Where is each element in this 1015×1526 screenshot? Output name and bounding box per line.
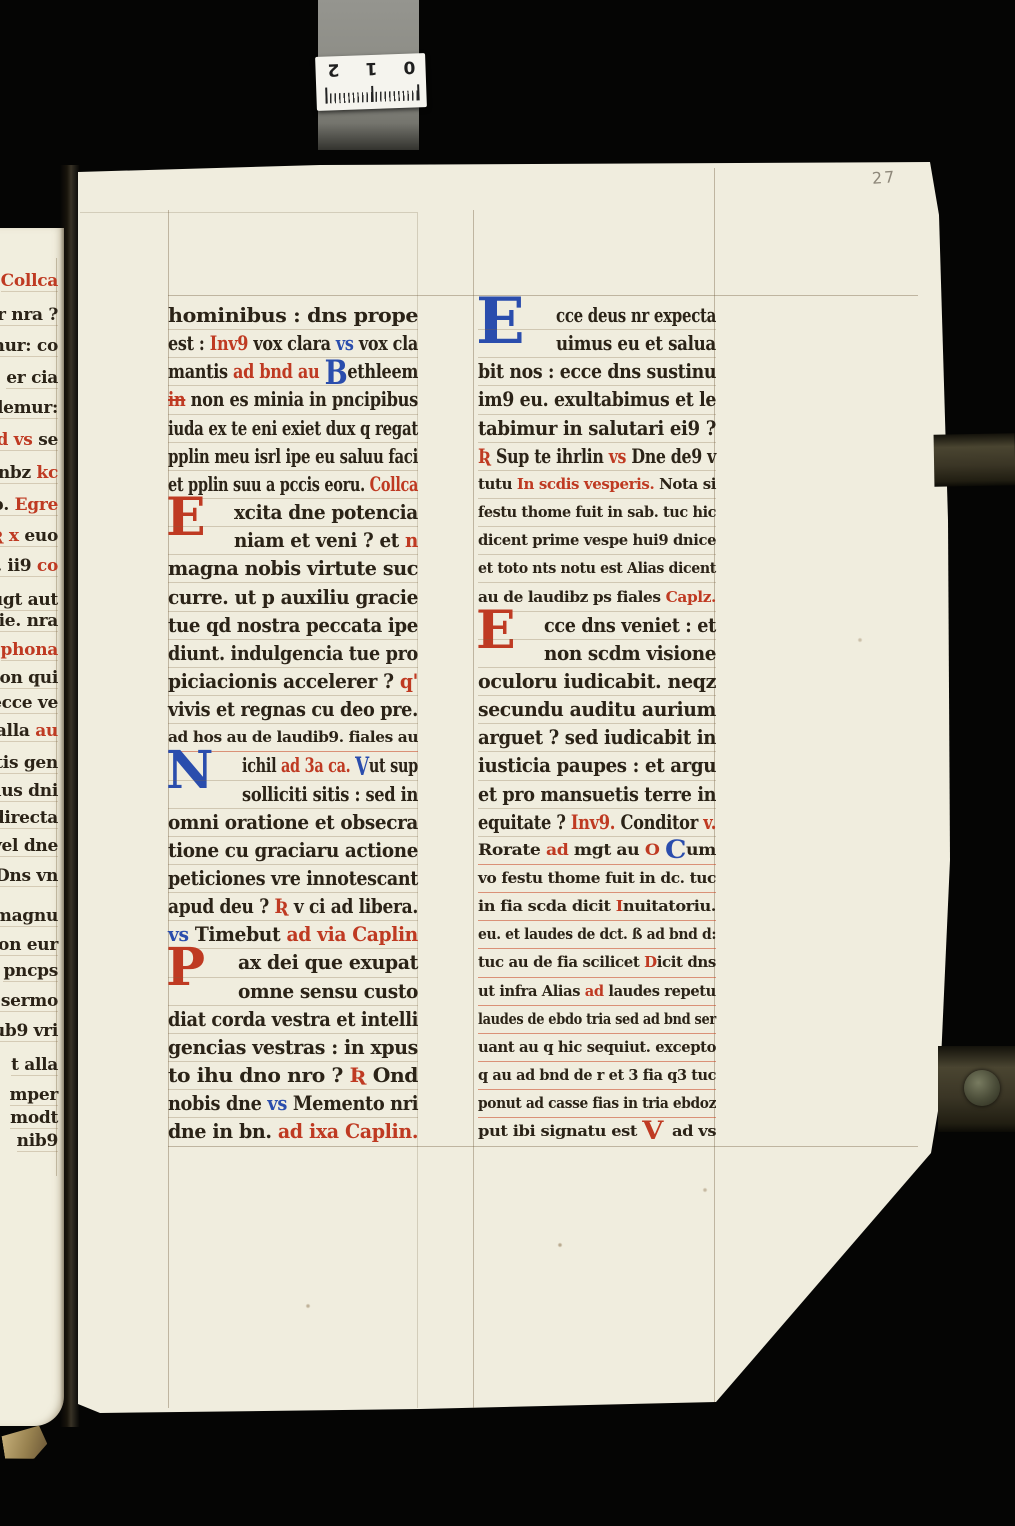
previous-page-line-fragment: lemur:	[0, 398, 58, 419]
manuscript-line: in fia scda dicit Inuitatoriu.	[478, 892, 716, 921]
previous-page-line-fragment: Dns vn	[0, 866, 58, 887]
previous-page-line-fragment: ub9 vri	[0, 1021, 58, 1042]
previous-page-line-fragment: s magnu	[0, 906, 58, 927]
manuscript-line-text: ponut ad casse fias in tria ebdoz	[478, 1089, 716, 1117]
manuscript-line-text: in fia scda dicit Inuitatoriu.	[478, 892, 716, 920]
blue-text: vs	[336, 331, 359, 355]
previous-page-line-fragment: a ad vs se	[0, 430, 58, 451]
rubric-text: ad via Caplin	[286, 922, 417, 946]
ink-text: er cia	[6, 368, 58, 388]
ink-text: v ci ad libera.	[294, 894, 418, 918]
rubric-text: kc	[36, 463, 58, 483]
ink-text: piciacionis accelerer ?	[168, 669, 400, 693]
rubric-text: V	[642, 1116, 672, 1145]
strap-metal-fitting	[964, 1070, 1000, 1106]
manuscript-line-text: gencias vestras : in xpus	[168, 1033, 418, 1061]
manuscript-line-text: q au ad bnd de r et 3 fia q3 tuc	[478, 1061, 716, 1089]
manuscript-line-text: ichil ad 3a ca. Vut sup	[242, 751, 418, 779]
manuscript-line-text: tabimur in salutari ei9 ?	[478, 414, 716, 442]
ink-text: ponut ad casse fias in tria ebdoz	[478, 1094, 716, 1112]
ink-text: Ond	[373, 1063, 418, 1087]
previous-page-line-fragment: i scpnbz kc	[0, 463, 58, 484]
ink-text: i scpnbz	[0, 463, 36, 483]
ink-text: ichil	[242, 753, 281, 777]
ink-text: vox cla	[359, 331, 418, 355]
previous-page-line-fragment: s vel dne	[0, 836, 58, 857]
ink-text: bit nos : ecce dns sustinu	[478, 359, 716, 383]
manuscript-line-text: vs Timebut ad via Caplin	[168, 920, 418, 948]
ruling-line-vertical	[473, 210, 474, 1408]
manuscript-line: dicent prime vespe hui9 dnice	[478, 526, 716, 555]
manuscript-line: ax dei que exupat	[168, 948, 418, 977]
ink-text: festu thome fuit in sab. tuc hic	[478, 503, 716, 521]
rubric-text: Ʀ x	[0, 526, 24, 546]
manuscript-line-text: tione cu graciaru actione	[168, 836, 418, 864]
manuscript-line-text: Ʀ Sup te ihrlin vs Dne de9 v	[478, 442, 716, 470]
manuscript-line: Ʀ Sup te ihrlin vs Dne de9 v	[478, 442, 716, 471]
manuscript-line: non scdm visione	[478, 639, 716, 668]
manuscript-line-text: in non es minia in pncipibus	[168, 385, 418, 413]
ink-text: nobis dne	[168, 1091, 267, 1115]
ink-text: euo	[24, 526, 58, 546]
ruler-digit: 0	[403, 56, 416, 76]
ink-text: u ecce ve	[0, 693, 58, 713]
manuscript-line-text: niam et veni ? et n	[234, 526, 418, 554]
manuscript-line: vo festu thome fuit in dc. tuc	[478, 864, 716, 893]
manuscript-line: im9 eu. exultabimus et le	[478, 385, 716, 414]
ink-text: mper	[10, 1085, 58, 1105]
ink-text: tione cu graciaru actione	[168, 838, 418, 862]
rubric-text: au	[35, 721, 58, 741]
manuscript-line: equitate ? Inv9. Conditor v.	[478, 808, 716, 837]
ink-text: ub9 vri	[0, 1021, 58, 1041]
manuscript-line-text: uimus eu et salua	[556, 329, 716, 357]
manuscript-line-text: nobis dne vs Memento nri	[168, 1089, 418, 1117]
manuscript-line: iuda ex te eni exiet dux q regat	[168, 414, 418, 443]
previous-page-line-fragment: s sermo	[0, 991, 58, 1012]
manuscript-line: oculoru iudicabit. neqz	[478, 667, 716, 696]
manuscript-line-text: dicent prime vespe hui9 dnice	[478, 526, 716, 554]
book-edge-bottom	[1, 1425, 49, 1463]
rubric-text: ad	[546, 840, 574, 859]
ink-text: et pro mansuetis terre in	[478, 782, 716, 806]
manuscript-line: q au ad bnd de r et 3 fia q3 tuc	[478, 1061, 716, 1090]
manuscript-line: uant au q hic sequiut. excepto	[478, 1033, 716, 1062]
previous-page-line-fragment: on qui	[0, 668, 58, 689]
ink-text: eu. et laudes de dct. ß ad bnd d:	[478, 925, 716, 943]
ink-text: arguet ? sed iudicabit in	[478, 725, 716, 749]
ink-text: diunt. indulgencia tue pro	[168, 641, 418, 665]
manuscript-line-text: magna nobis virtute suc	[168, 554, 418, 582]
rubric-text: v.	[703, 810, 716, 834]
manuscript-line: secundu auditu aurium	[478, 695, 716, 724]
manuscript-line-text: mantis ad bnd au Bethleem	[168, 357, 418, 385]
folio-number-pencil: 27	[871, 167, 897, 188]
previous-page-line-fragment: Collca	[1, 271, 58, 292]
ink-text: tabimur in salutari ei9 ?	[478, 416, 716, 440]
ink-text: Dne de9 v	[631, 444, 716, 468]
ink-text: put ibi signatu est	[478, 1122, 642, 1140]
ink-text: t alla	[11, 1055, 58, 1075]
ink-text: is. ii9	[0, 556, 37, 576]
manuscript-line: hominibus : dns prope	[168, 301, 418, 330]
manuscript-line-text: diat corda vestra et intelli	[168, 1005, 418, 1033]
previous-page-line-fragment: maie. nra	[0, 611, 58, 632]
manuscript-line-text: solliciti sitis : sed in	[242, 780, 418, 808]
manuscript-line-text: omne sensu custo	[238, 977, 418, 1005]
ink-text: uant au q hic sequiut. excepto	[478, 1038, 716, 1056]
ink-text: apud deu ?	[168, 894, 274, 918]
ink-text: et toto nts notu est Alias dicent	[478, 559, 716, 577]
ink-text: Rorate	[478, 840, 546, 859]
rubric-text: q'	[400, 669, 418, 693]
gutter-shadow	[60, 165, 80, 1427]
manuscript-line-text: secundu auditu aurium	[478, 695, 716, 723]
manuscript-line: magna nobis virtute suc	[168, 554, 418, 583]
manuscript-line-text: cce deus nr expecta	[556, 301, 716, 329]
manuscript-line-text: piciacionis accelerer ? q'	[168, 667, 418, 695]
ink-text: omni oratione et obsecra	[168, 810, 418, 834]
manuscript-line: gencias vestras : in xpus	[168, 1033, 418, 1062]
manuscript-line-text: xcita dne potencia	[234, 498, 418, 526]
ink-text: mgt au	[574, 840, 645, 859]
previous-page-line-fragment: mur: co	[0, 336, 58, 357]
manuscript-line-text: festu thome fuit in sab. tuc hic	[478, 498, 716, 526]
ink-text: ap.	[0, 495, 15, 515]
manuscript-line-text: tuc au de fia scilicet Dicit dns	[478, 948, 716, 976]
ink-text: dicent prime vespe hui9 dnice	[478, 531, 716, 549]
previous-page-line-fragment: nib9	[17, 1131, 58, 1152]
rubric-text: Inv9.	[571, 810, 621, 834]
previous-page-line-fragment: modt	[10, 1108, 58, 1129]
ink-text: tis gen	[0, 753, 58, 773]
manuscript-page: 27 hominibus : dns propeest : Inv9 vox c…	[0, 0, 1015, 1526]
manuscript-line-text: apud deu ? Ʀ v ci ad libera.	[168, 892, 418, 920]
blue-text: V	[355, 752, 369, 781]
ink-text: Sup te ihrlin	[496, 444, 609, 468]
ink-text: maie. nra	[0, 611, 58, 631]
rubric-text: Inv9	[210, 331, 254, 355]
ink-text: uimus eu et salua	[556, 331, 716, 355]
manuscript-line: dne in bn. ad ixa Caplin.	[168, 1117, 418, 1145]
ink-text: omne sensu custo	[238, 979, 418, 1003]
rubric-text: co	[37, 556, 58, 576]
rubric-text: phona	[1, 640, 58, 660]
manuscript-line: tabimur in salutari ei9 ?	[478, 414, 716, 443]
ruler-major-tick	[417, 84, 419, 100]
ink-text: Timebut	[195, 922, 287, 946]
manuscript-line-text: omni oratione et obsecra	[168, 808, 418, 836]
rubric-text: ad ixa Caplin.	[278, 1119, 418, 1143]
rubric-text: Ʀ	[274, 894, 293, 918]
previous-page-line-fragment: alla au	[0, 721, 58, 742]
rubric-text: O	[645, 840, 665, 859]
rubric-text: vs	[609, 444, 632, 468]
ink-text: Nota si	[659, 475, 716, 493]
ink-text: im9 eu. exultabimus et le	[478, 387, 716, 411]
ink-text: niam et veni ? et	[234, 528, 405, 552]
manuscript-line: festu thome fuit in sab. tuc hic	[478, 498, 716, 527]
manuscript-line-text: arguet ? sed iudicabit in	[478, 723, 716, 751]
ink-text: pplin meu isrl ipe eu saluu faci	[168, 444, 418, 468]
ink-text: laudes de ebdo tria sed ad bnd ser	[478, 1010, 716, 1028]
ruling-line-horizontal	[168, 1146, 918, 1147]
manuscript-line: tutu In scdis vesperis. Nota si	[478, 470, 716, 499]
manuscript-line-text: vo festu thome fuit in dc. tuc	[478, 864, 716, 892]
manuscript-line-text: et toto nts notu est Alias dicent	[478, 554, 716, 582]
manuscript-line-text: Rorate ad mgt au O Cum	[478, 836, 716, 864]
manuscript-line: curre. ut p auxiliu gracie	[168, 583, 418, 612]
ink-text: non es minia in pncipibus	[185, 387, 418, 411]
manuscript-line: eu. et laudes de dct. ß ad bnd d:	[478, 920, 716, 949]
manuscript-line-text: iusticia paupes : et argu	[478, 751, 716, 779]
manuscript-line: nobis dne vs Memento nri	[168, 1089, 418, 1118]
blue-text: C	[665, 835, 686, 864]
manuscript-line-text: to ihu dno nro ? Ʀ Ond	[168, 1061, 418, 1089]
ink-text: tuc au de fia scilicet	[478, 953, 644, 971]
ink-text: alla	[0, 721, 35, 741]
manuscript-line: tione cu graciaru actione	[168, 836, 418, 865]
previous-page-line-fragment: er cia	[6, 368, 58, 389]
manuscript-line: et pro mansuetis terre in	[478, 780, 716, 809]
manuscript-line-text: ax dei que exupat	[238, 948, 418, 976]
manuscript-line: uimus eu et salua	[478, 329, 716, 358]
manuscript-line: solliciti sitis : sed in	[168, 780, 418, 809]
previous-page-edge: Collcaer nra ?mur: coer cialemur:a ad vs…	[0, 228, 64, 1426]
manuscript-line: bit nos : ecce dns sustinu	[478, 357, 716, 386]
ink-text: nuitatoriu.	[623, 897, 716, 915]
previous-page-line-fragment: ap. Egre	[0, 495, 58, 516]
blue-text: vs	[267, 1091, 292, 1115]
manuscript-line-text: dne in bn. ad ixa Caplin.	[168, 1117, 418, 1145]
previous-page-line-fragment: ugt aut	[0, 590, 58, 611]
ruler-digit: 2	[327, 59, 340, 79]
manuscript-line-text: laudes de ebdo tria sed ad bnd ser	[478, 1005, 716, 1033]
ink-text: tue qd nostra peccata ipe	[168, 613, 418, 637]
previous-page-line-fragment: tis gen	[0, 753, 58, 774]
ink-text: Conditor	[620, 810, 703, 834]
previous-page-line-fragment: pncps	[3, 961, 58, 982]
ink-text: xcita dne potencia	[234, 500, 418, 524]
rubric-text: D	[644, 953, 657, 971]
ink-text: dne in bn.	[168, 1119, 278, 1143]
ink-text: s vel dne	[0, 836, 58, 856]
manuscript-line: ut infra Alias ad laudes repetu	[478, 977, 716, 1006]
ink-text: ad vs	[672, 1122, 716, 1140]
ink-text: s sermo	[0, 991, 58, 1011]
rubric-text: in	[168, 387, 185, 411]
ink-text: ugt aut	[0, 590, 58, 610]
ink-text: mantis	[168, 359, 233, 383]
ink-text: gencias vestras : in xpus	[168, 1035, 418, 1059]
rubric-text: ad bnd au	[233, 359, 325, 383]
ink-text: nib9	[17, 1131, 58, 1151]
manuscript-line-text: cce dns veniet : et	[544, 611, 716, 639]
ink-text: magna nobis virtute suc	[168, 556, 418, 580]
ink-text: mus dni	[0, 781, 58, 801]
manuscript-line-text: tutu In scdis vesperis. Nota si	[478, 470, 716, 498]
manuscript-line: vivis et regnas cu deo pre.	[168, 695, 418, 724]
previous-page-line-fragment: Ʀ x euo	[0, 526, 58, 547]
rubric-text: ad vs	[0, 430, 33, 450]
manuscript-line-text: diunt. indulgencia tue pro	[168, 639, 418, 667]
ink-text: Dns vn	[0, 866, 58, 886]
previous-page-line-fragment: er nra ?	[0, 305, 58, 326]
manuscript-line: pplin meu isrl ipe eu saluu faci	[168, 442, 418, 471]
previous-page-line-fragment: mper	[10, 1085, 58, 1106]
manuscript-line-text: vivis et regnas cu deo pre.	[168, 695, 418, 723]
ink-text: q au ad bnd de r et 3 fia q3 tuc	[478, 1066, 716, 1084]
manuscript-line: et toto nts notu est Alias dicent	[478, 554, 716, 583]
manuscript-line-text: curre. ut p auxiliu gracie	[168, 583, 418, 611]
previous-page-line-fragment: t alla	[11, 1055, 58, 1076]
manuscript-line: Rorate ad mgt au O Cum	[478, 836, 716, 865]
rubric-text: Collca	[370, 472, 419, 496]
ink-text: to ihu dno nro ?	[168, 1063, 350, 1087]
manuscript-line: diat corda vestra et intelli	[168, 1005, 418, 1034]
text-column-right: Ecce deus nr expectauimus eu et saluabit…	[478, 301, 716, 1146]
manuscript-line: put ibi signatu est V ad vs	[478, 1117, 716, 1145]
manuscript-line: piciacionis accelerer ? q'	[168, 667, 418, 696]
ink-text: um	[686, 840, 716, 859]
manuscript-line: in non es minia in pncipibus	[168, 385, 418, 414]
ruler-major-tick	[325, 88, 327, 104]
manuscript-line-text: im9 eu. exultabimus et le	[478, 385, 716, 413]
ink-text: ut infra Alias	[478, 982, 585, 1000]
rubric-text: ad 3a ca.	[281, 753, 355, 777]
manuscript-line-text: et pro mansuetis terre in	[478, 780, 716, 808]
rubric-text: Ʀ	[350, 1063, 373, 1087]
manuscript-line-text: hominibus : dns prope	[168, 301, 418, 329]
ink-text: icit dns	[657, 953, 716, 971]
ink-text: ax dei que exupat	[238, 950, 418, 974]
ruling-line-horizontal	[80, 212, 417, 213]
ink-text: iusticia paupes : et argu	[478, 753, 716, 777]
rubric-text: I	[616, 897, 623, 915]
rubric-text: n	[405, 528, 418, 552]
manuscript-line: apud deu ? Ʀ v ci ad libera.	[168, 892, 418, 921]
ink-text: secundu auditu aurium	[478, 697, 716, 721]
ink-text: directa	[0, 808, 58, 828]
ink-text: Memento nri	[293, 1091, 418, 1115]
ink-text: on qui	[0, 668, 58, 688]
previous-page-line-fragment: phona	[1, 640, 58, 661]
ruler-digit: 1	[365, 58, 378, 78]
rubric-text: Egre	[15, 495, 58, 515]
ink-text: in fia scda dicit	[478, 897, 616, 915]
ink-text: modt	[10, 1108, 58, 1128]
rubric-text: In scdis vesperis.	[517, 475, 659, 493]
manuscript-line-text: put ibi signatu est V ad vs	[478, 1117, 716, 1145]
rubric-text: Ʀ	[478, 444, 496, 468]
ink-text: oculoru iudicabit. neqz	[478, 669, 716, 693]
ink-text: mur: co	[0, 336, 58, 356]
ink-text: solliciti sitis : sed in	[242, 782, 418, 806]
rubric-text: Caplz.	[666, 588, 716, 606]
manuscript-line: arguet ? sed iudicabit in	[478, 723, 716, 752]
ink-text: tutu	[478, 475, 517, 493]
ink-text: se	[33, 430, 58, 450]
ink-text: hominibus : dns prope	[168, 303, 418, 327]
ink-text: pncps	[3, 961, 58, 981]
ink-text: s magnu	[0, 906, 58, 926]
manuscript-line-text: peticiones vre innotescant	[168, 864, 418, 892]
ink-text: cce deus nr expecta	[556, 303, 716, 327]
ink-text: cce dns veniet : et	[544, 613, 716, 637]
scale-ruler: 2 1 0	[315, 53, 427, 111]
manuscript-line: ichil ad 3a ca. Vut sup	[168, 751, 418, 780]
ink-text: er nra ?	[0, 305, 58, 325]
rubric-text: Collca	[1, 271, 58, 291]
manuscript-line: to ihu dno nro ? Ʀ Ond	[168, 1061, 418, 1090]
manuscript-line: xcita dne potencia	[168, 498, 418, 527]
ink-text: vo festu thome fuit in dc. tuc	[478, 869, 716, 887]
previous-page-line-fragment: mus dni	[0, 781, 58, 802]
previous-page-line-fragment: on eur	[0, 935, 58, 956]
ink-text: curre. ut p auxiliu gracie	[168, 585, 418, 609]
manuscript-line: mantis ad bnd au Bethleem	[168, 357, 418, 386]
manuscript-line-text: est : Inv9 vox clara vs vox cla	[168, 329, 418, 357]
manuscript-photo: 2 1 0 Collcaer nra ?mur: coer cialemur:a…	[0, 0, 1015, 1526]
previous-page-line-fragment: is. ii9 co	[0, 556, 58, 577]
ink-text: ut sup	[369, 753, 418, 777]
manuscript-line-text: iuda ex te eni exiet dux q regat	[168, 414, 418, 442]
ink-text: est :	[168, 331, 210, 355]
manuscript-line-text: tue qd nostra peccata ipe	[168, 611, 418, 639]
previous-page-line-fragment: directa	[0, 808, 58, 829]
manuscript-line-text: eu. et laudes de dct. ß ad bnd d:	[478, 920, 716, 948]
manuscript-line: niam et veni ? et n	[168, 526, 418, 555]
book-strap-bottom	[938, 1046, 1015, 1132]
ink-text: laudes repetu	[608, 982, 715, 1000]
manuscript-line: laudes de ebdo tria sed ad bnd ser	[478, 1005, 716, 1034]
manuscript-line-text: uant au q hic sequiut. excepto	[478, 1033, 716, 1061]
ink-text: diat corda vestra et intelli	[168, 1007, 418, 1031]
manuscript-line: omni oratione et obsecra	[168, 808, 418, 837]
manuscript-line: est : Inv9 vox clara vs vox cla	[168, 329, 418, 358]
ruler-major-tick	[371, 86, 373, 102]
ink-text: vivis et regnas cu deo pre.	[168, 697, 418, 721]
ink-text: lemur:	[0, 398, 58, 418]
manuscript-line: ponut ad casse fias in tria ebdoz	[478, 1089, 716, 1118]
manuscript-line: vs Timebut ad via Caplin	[168, 920, 418, 949]
manuscript-line: tue qd nostra peccata ipe	[168, 611, 418, 640]
manuscript-line: cce dns veniet : et	[478, 611, 716, 640]
manuscript-line-text: pplin meu isrl ipe eu saluu faci	[168, 442, 418, 470]
manuscript-line-text: oculoru iudicabit. neqz	[478, 667, 716, 695]
manuscript-line-text: equitate ? Inv9. Conditor v.	[478, 808, 716, 836]
text-column-left: hominibus : dns propeest : Inv9 vox clar…	[168, 301, 418, 1146]
ink-text: on eur	[0, 935, 58, 955]
ink-text: non scdm visione	[544, 641, 716, 665]
manuscript-line: iusticia paupes : et argu	[478, 751, 716, 780]
ruling-line-horizontal	[168, 295, 918, 296]
rubric-text: ad	[585, 982, 609, 1000]
book-strap-top	[934, 433, 1015, 486]
manuscript-line: cce deus nr expecta	[478, 301, 716, 330]
ink-text: iuda ex te eni exiet dux q regat	[168, 416, 418, 440]
ink-text: ethleem	[347, 359, 418, 383]
ink-text: peticiones vre innotescant	[168, 866, 418, 890]
manuscript-line: tuc au de fia scilicet Dicit dns	[478, 948, 716, 977]
manuscript-line: peticiones vre innotescant	[168, 864, 418, 893]
ink-text: vox clara	[253, 331, 336, 355]
previous-page-line-fragment: u ecce ve	[0, 693, 58, 714]
manuscript-line: diunt. indulgencia tue pro	[168, 639, 418, 668]
manuscript-line: omne sensu custo	[168, 977, 418, 1006]
manuscript-line-text: bit nos : ecce dns sustinu	[478, 357, 716, 385]
ink-text: equitate ?	[478, 810, 571, 834]
